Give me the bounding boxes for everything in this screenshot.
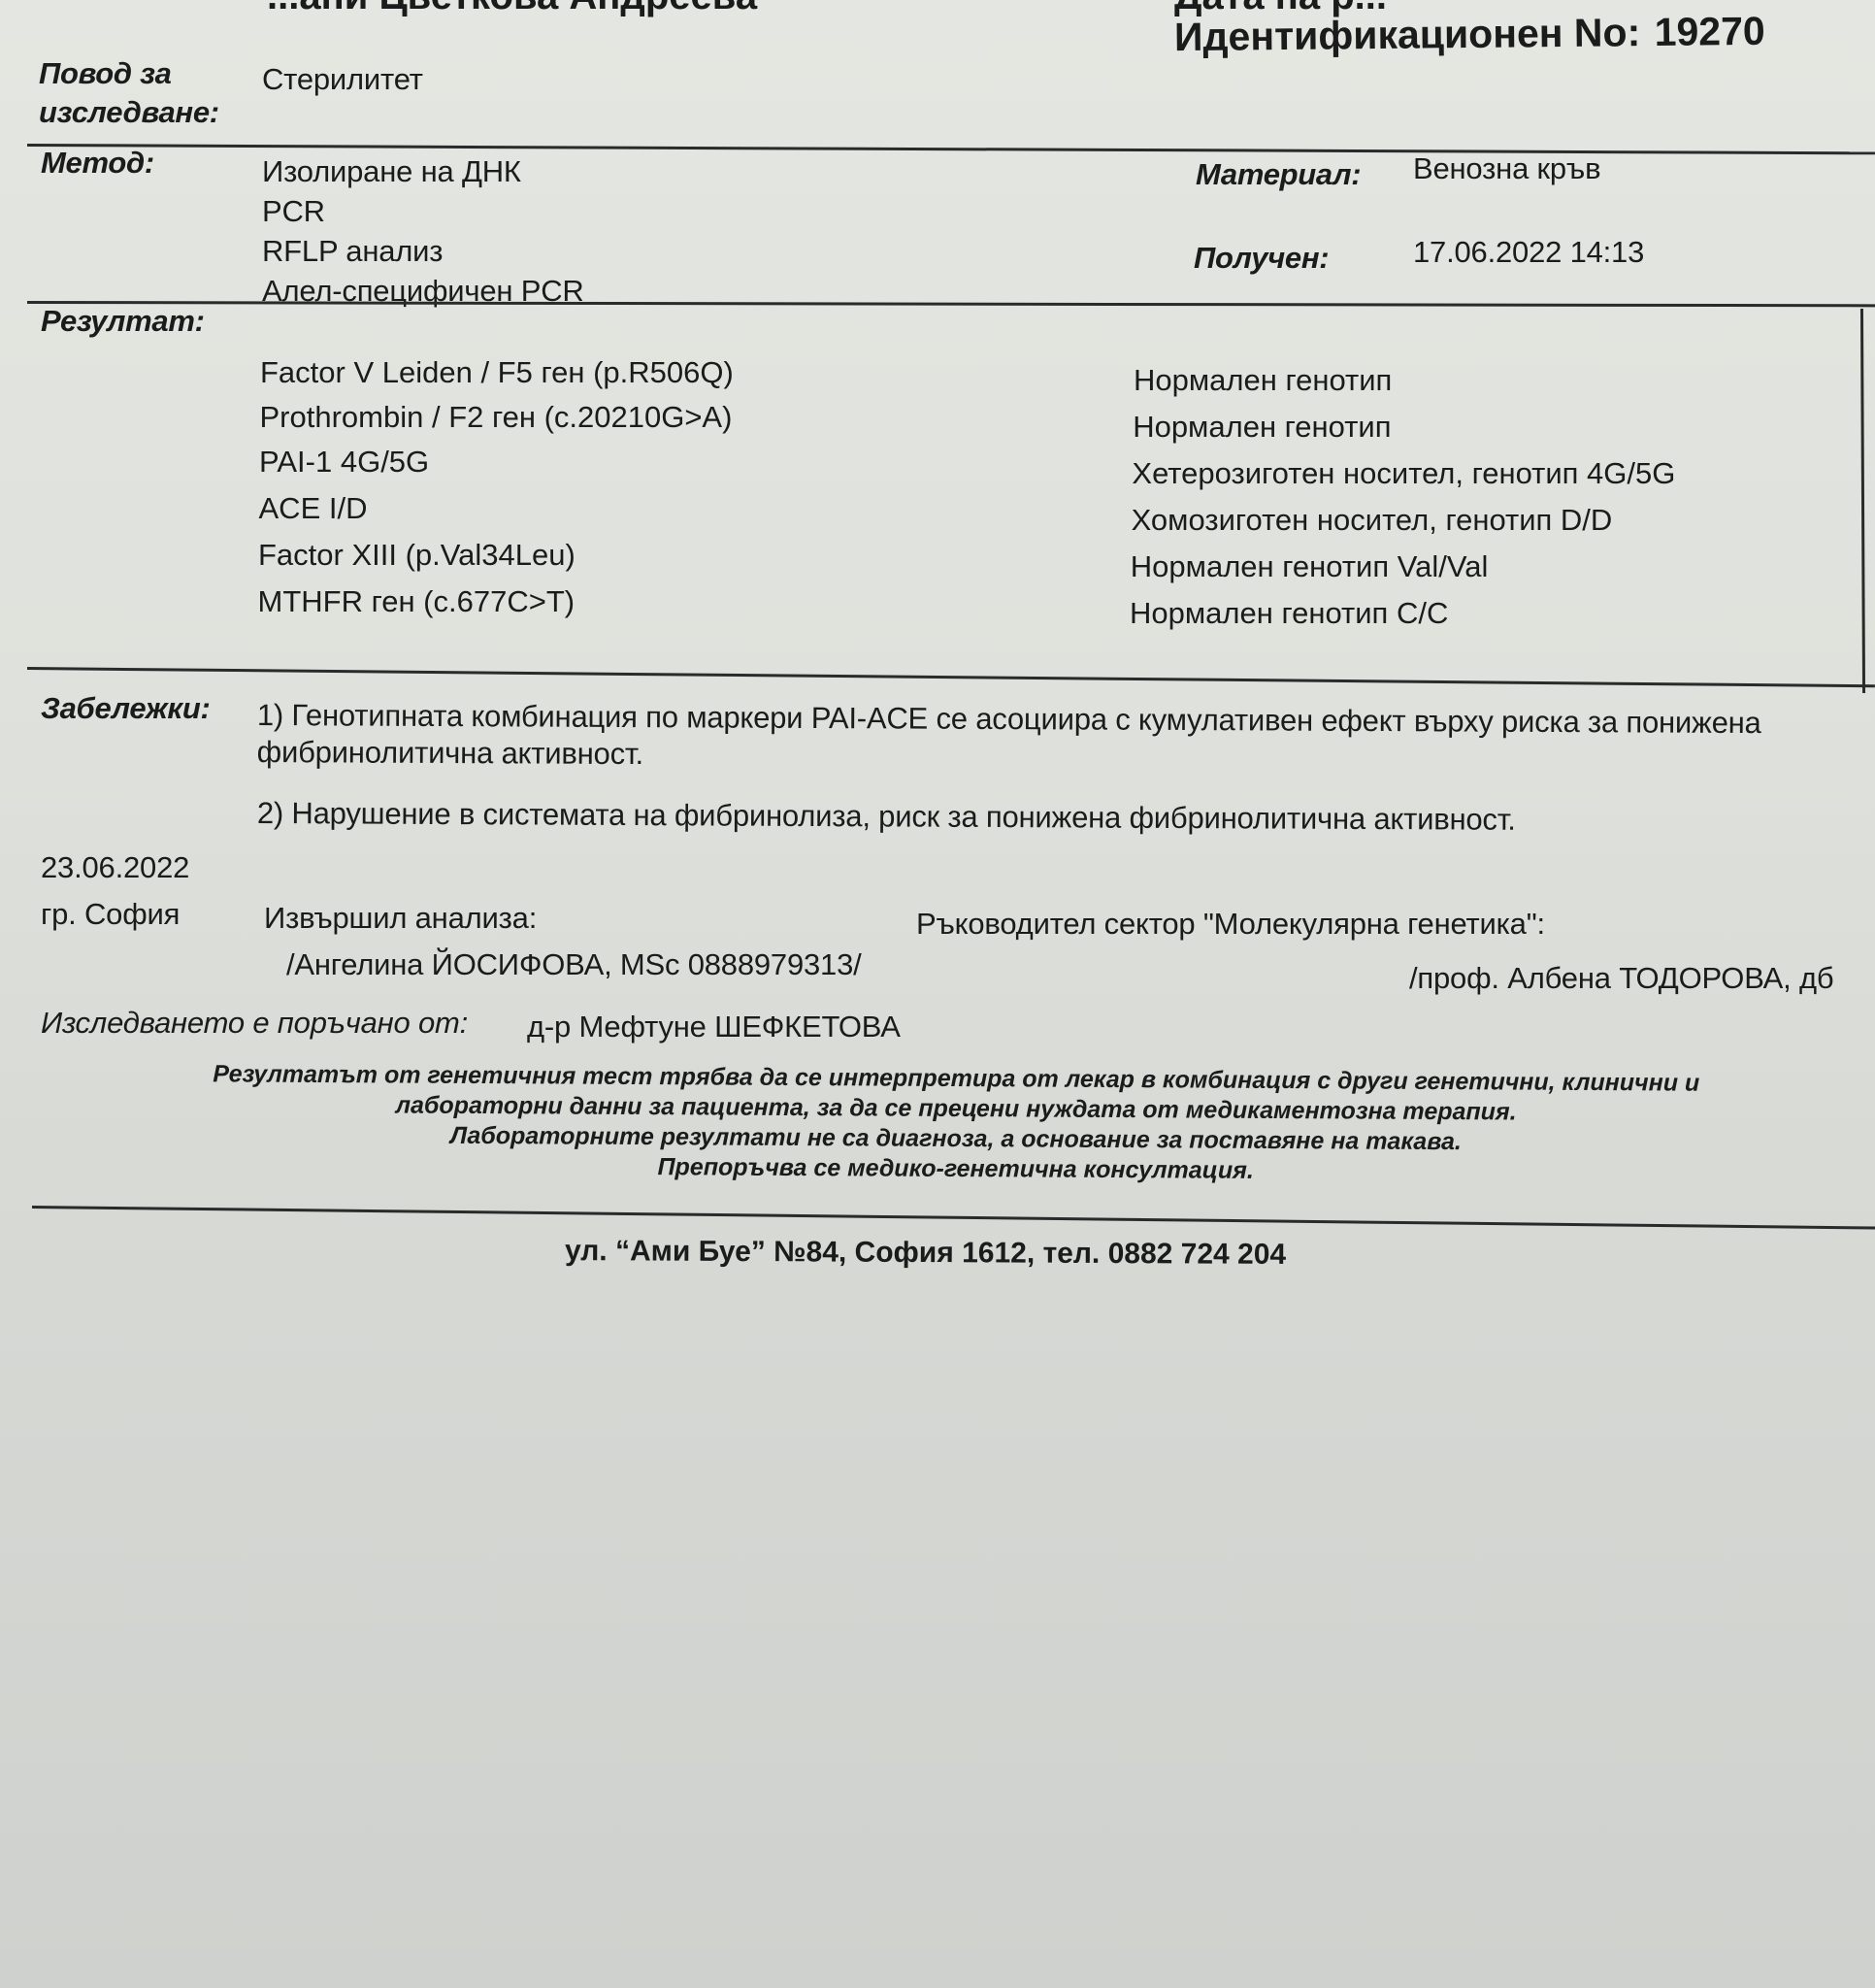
method-item: Изолиране на ДНК <box>262 151 584 191</box>
reason-label: Повод за изследване: <box>39 54 219 132</box>
method-item: RFLP анализ <box>262 231 584 271</box>
material-label: Материал: <box>1196 157 1361 192</box>
result-marker: MTHFR ген (c.677C>T) <box>258 584 576 619</box>
ordered-value: д-р Мефтуне ШЕФКЕТОВА <box>527 1010 901 1044</box>
method-label: Метод: <box>41 146 154 181</box>
report-date: 23.06.2022 <box>41 850 189 885</box>
result-genotype: Хетерозиготен носител, генотип 4G/5G <box>1132 456 1675 491</box>
reason-label-line2: изследване: <box>39 93 219 132</box>
method-item: PCR <box>262 191 584 231</box>
performed-label: Извършил анализа: <box>264 901 537 936</box>
id-label: Идентификационен No: <box>1174 10 1641 59</box>
report-city: гр. София <box>41 897 180 932</box>
result-marker: ACE I/D <box>259 491 368 526</box>
disclaimer: Резултатът от генетичния тест трябва да … <box>116 1059 1796 1190</box>
patient-name: ...ани Цветкова Андреева <box>267 0 757 18</box>
head-label: Ръководител сектор "Молекулярна генетика… <box>916 907 1545 942</box>
divider-3 <box>27 667 1875 687</box>
result-marker: Factor XIII (p.Val34Leu) <box>258 538 576 573</box>
note-1-line2: фибринолитична активност. <box>257 734 1761 779</box>
result-marker: PAI-1 4G/5G <box>259 445 429 480</box>
result-genotype: Нормален генотип <box>1133 410 1391 445</box>
result-marker: Prothrombin / F2 ген (c.20210G>A) <box>260 400 733 435</box>
result-marker: Factor V Leiden / F5 ген (p.R506Q) <box>260 355 734 390</box>
received-label: Получен: <box>1194 241 1329 276</box>
reason-label-line1: Повод за <box>39 54 219 93</box>
material-value: Венозна кръв <box>1413 151 1600 186</box>
head-name: /проф. Албена ТОДОРОВА, дб <box>1409 961 1833 996</box>
results-box-border <box>1860 309 1865 693</box>
method-list: Изолиране на ДНКPCRRFLP анализАлел-специ… <box>262 151 584 311</box>
performed-by: /Ангелина ЙОСИФОВА, MSc 0888979313/ <box>286 947 862 982</box>
note-1: 1) Генотипната комбинация по маркери PAI… <box>257 697 1761 779</box>
lab-report-page: ...ани Цветкова Андреева Дата на р... Ид… <box>0 0 1875 1988</box>
reason-value: Стерилитет <box>262 62 423 97</box>
note-2: 2) Нарушение в системата на фибринолиза,… <box>257 796 1516 838</box>
result-genotype: Нормален генотип C/C <box>1130 596 1448 631</box>
result-genotype: Нормален генотип Val/Val <box>1131 549 1489 584</box>
id-row: Идентификационен No: 19270 <box>1174 9 1765 60</box>
id-value: 19270 <box>1654 9 1764 54</box>
divider-4 <box>32 1206 1875 1230</box>
notes-label: Забележки: <box>41 691 210 726</box>
results-label: Резултат: <box>41 304 205 339</box>
result-genotype: Хомозиготен носител, генотип D/D <box>1132 503 1613 538</box>
ordered-label: Изследването е поръчано от: <box>41 1006 468 1041</box>
result-genotype: Нормален генотип <box>1134 363 1392 398</box>
footer-address: ул. “Ами Буе” №84, София 1612, тел. 0882… <box>565 1235 1286 1272</box>
received-value: 17.06.2022 14:13 <box>1413 235 1644 270</box>
